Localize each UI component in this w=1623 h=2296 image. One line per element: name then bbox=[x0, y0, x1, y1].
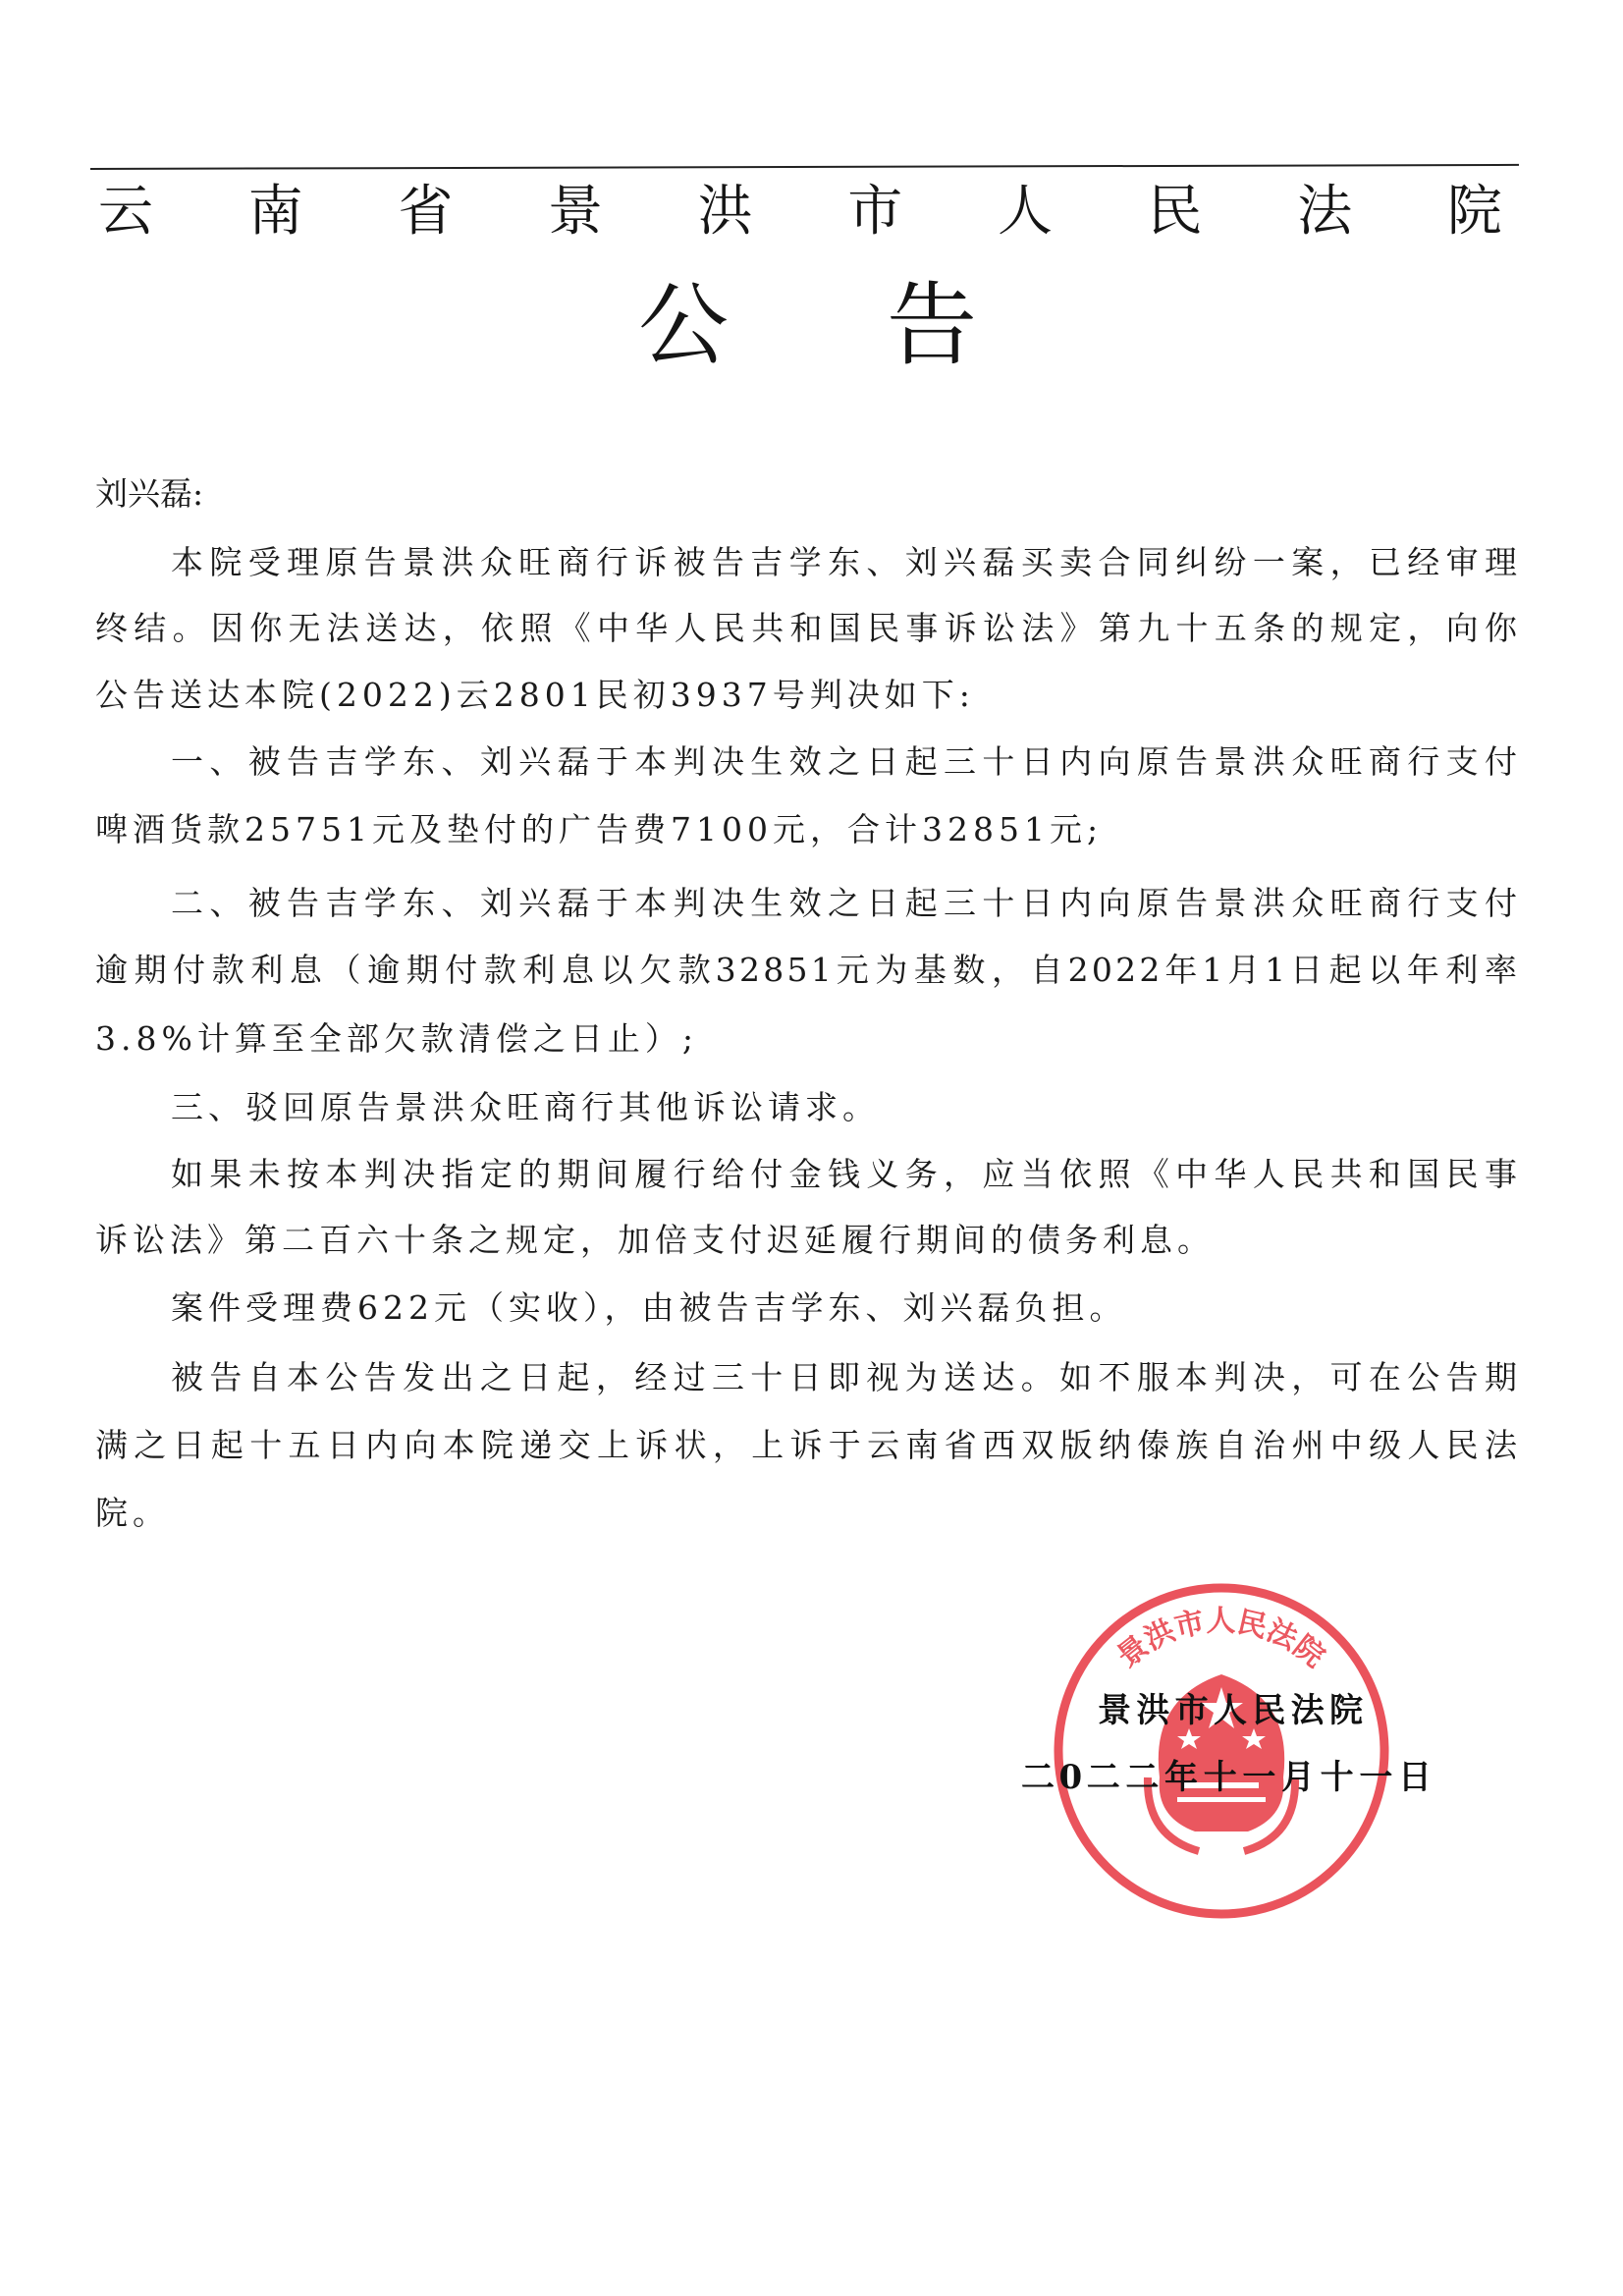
signature-court-name: 景 洪 市 人 民 法 院 bbox=[1098, 1691, 1363, 1730]
header-rule bbox=[90, 164, 1519, 170]
body-line: 3.8%计算至全部欠款清偿之日止）; bbox=[95, 1019, 1517, 1059]
body-line: 啤酒货款25751元及垫付的广告费7100元，合计32851元; bbox=[95, 810, 1517, 849]
notice-title-char: 告 bbox=[887, 277, 977, 375]
body-line: 三、驳回原告景洪众旺商行其他诉讼请求。 bbox=[171, 1088, 1517, 1127]
court-name-char: 洪 bbox=[698, 181, 753, 244]
addressee: 刘兴磊: bbox=[95, 474, 1517, 514]
court-name-char: 院 bbox=[1447, 181, 1502, 244]
body-line: 满 之 日 起 十 五 日 内 向 本 院 递 交 上 诉 状 ， 上 诉 于 … bbox=[95, 1426, 1517, 1465]
court-name-char: 省 bbox=[398, 181, 453, 244]
body-line: 案件受理费622元（实收），由被告吉学东、刘兴磊负担。 bbox=[171, 1288, 1517, 1328]
body-line: 逾 期 付 款 利 息 （ 逾 期 付 款 利 息 以 欠 款 3 2 8 5 … bbox=[95, 951, 1517, 990]
court-name-heading: 云 南 省 景 洪 市 人 民 法 院 bbox=[98, 181, 1502, 244]
body-line: 终 结 。 因 你 无 法 送 达 ， 依 照 《 中 华 人 民 共 和 国 … bbox=[95, 609, 1517, 648]
court-name-char: 云 bbox=[98, 181, 153, 244]
body-line: 本 院 受 理 原 告 景 洪 众 旺 商 行 诉 被 告 吉 学 东 、 刘 … bbox=[171, 543, 1517, 582]
court-name-char: 景 bbox=[548, 181, 603, 244]
court-name-char: 民 bbox=[1148, 181, 1203, 244]
body-line: 诉讼法》第二百六十条之规定，加倍支付迟延履行期间的债务利息。 bbox=[95, 1221, 1517, 1260]
court-name-char: 南 bbox=[248, 181, 303, 244]
notice-title-char: 公 bbox=[638, 277, 729, 375]
notice-title: 公 告 bbox=[638, 277, 977, 375]
court-name-char: 市 bbox=[847, 181, 902, 244]
court-seal-icon: 景洪市人民法院 bbox=[1052, 1581, 1391, 1921]
svg-text:景洪市人民法院: 景洪市人民法院 bbox=[1111, 1605, 1331, 1674]
court-name-char: 法 bbox=[1297, 181, 1352, 244]
body-line: 院。 bbox=[95, 1494, 1517, 1533]
body-line: 公告送达本院(2022)云2801民初3937号判决如下: bbox=[95, 676, 1517, 715]
body-line: 一 、 被 告 吉 学 东 、 刘 兴 磊 于 本 判 决 生 效 之 日 起 … bbox=[171, 742, 1517, 782]
signature-date: 二 0 二 二 年 十 一 月 十 一 日 bbox=[1021, 1758, 1432, 1797]
court-name-char: 人 bbox=[998, 181, 1053, 244]
body-line: 二 、 被 告 吉 学 东 、 刘 兴 磊 于 本 判 决 生 效 之 日 起 … bbox=[171, 884, 1517, 923]
body-line: 被 告 自 本 公 告 发 出 之 日 起 ， 经 过 三 十 日 即 视 为 … bbox=[171, 1358, 1517, 1397]
body-line: 如 果 未 按 本 判 决 指 定 的 期 间 履 行 给 付 金 钱 义 务 … bbox=[171, 1155, 1517, 1194]
